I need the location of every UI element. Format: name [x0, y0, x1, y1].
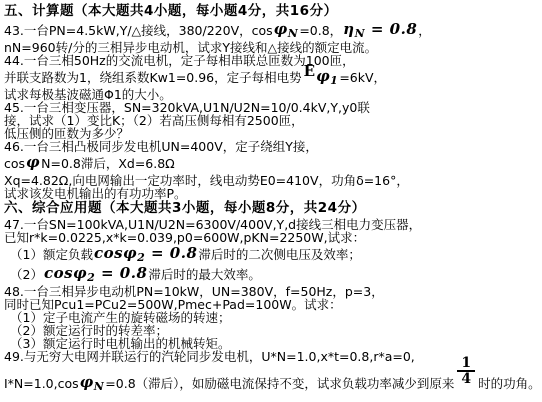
text-segment: 49.与无穷大电网并联运行的汽轮同步发电机，U*N=1.0,x*t=0.8,r*…	[4, 349, 415, 364]
fraction-one-quarter: 14	[457, 357, 475, 385]
text-segment: =0.8（滞后），如励磁电流保持不变，试求负载功率减少到原来	[105, 376, 454, 391]
handwritten-annotation: φ	[25, 153, 41, 171]
text-segment: =0.8，	[299, 23, 342, 38]
line-46-4: 试求该发电机输出的有功功率P。	[4, 187, 540, 200]
handwritten-annotation: φN	[79, 373, 106, 391]
line-47-3: （1）额定负载cosφ2 = 0.8滞后时的二次侧电压及效率；	[4, 245, 540, 264]
handwritten-annotation: φ1	[315, 67, 339, 85]
handwritten-symbol: φ	[26, 153, 40, 171]
section-5-title: 五、计算题（本大题共4小题，每小题4分，共16分）	[4, 3, 540, 19]
text-segment: cos	[4, 156, 25, 171]
handwritten-value: = 0.8	[95, 264, 147, 282]
text-segment: 已知r*k=0.0225,x*k=0.039,p0=600W,pKN=2250W…	[4, 230, 365, 245]
line-47-2: 已知r*k=0.0225,x*k=0.039,p0=600W,pKN=2250W…	[4, 231, 540, 244]
handwritten-symbol: φ	[80, 373, 94, 391]
text-segment: 时的功角。	[478, 376, 541, 391]
handwritten-symbol: φ	[274, 20, 288, 38]
exam-document-page: 五、计算题（本大题共4小题，每小题4分，共16分）43.一台PN=4.5kW,Y…	[0, 0, 542, 402]
handwritten-subscript: N	[94, 380, 105, 393]
text-segment: 46.一台三相凸极同步发电机UN=400V，定子绕组Y接，	[4, 139, 318, 154]
line-44-2: 并联支路数为1，绕组系数Kw1=0.96，定子每相电势Eφ1=6kV，	[4, 68, 540, 87]
line-47-4: （2）cosφ2 = 0.8滞后时的最大效率。	[4, 265, 540, 284]
text-segment: 六、综合应用题（本大题共3小题，每小题8分，共24分）	[4, 200, 366, 216]
text-segment: 五、计算题（本大题共4小题，每小题4分，共16分）	[4, 3, 338, 19]
text-segment: （1）额定负载	[10, 247, 93, 262]
handwritten-symbol: η	[343, 20, 354, 38]
line-44-1: 44.一台三相50Hz的交流电机，定子每相串联总匝数为100匝，	[4, 54, 540, 67]
text-segment: 43.一台PN=4.5kW,Y/△接线，380/220V，cos	[4, 23, 273, 38]
line-43-1: 43.一台PN=4.5kW,Y/△接线，380/220V，cosφN=0.8，η…	[4, 21, 540, 40]
section-6-title: 六、综合应用题（本大题共3小题，每小题8分，共24分）	[4, 200, 540, 216]
handwritten-symbol: cosφ	[44, 264, 87, 282]
handwritten-value: = 0.8	[365, 20, 417, 38]
handwritten-value: = 0.8	[145, 244, 197, 262]
handwritten-annotation: φN	[273, 20, 300, 38]
text-segment: 滞后时的最大效率。	[148, 267, 261, 282]
line-46-2: cosφN=0.8滞后，Xd=6.8Ω	[4, 154, 540, 173]
line-49-2: I*N=1.0,cosφN=0.8（滞后），如励磁电流保持不变，试求负载功率减少…	[4, 364, 540, 393]
text-segment: 试求该发电机输出的有功功率P。	[4, 186, 187, 201]
handwritten-symbol: cosφ	[94, 244, 137, 262]
text-segment: N=0.8滞后，Xd=6.8Ω	[41, 156, 175, 171]
handwritten-annotation: cosφ2 = 0.8	[93, 244, 198, 262]
document-body: 五、计算题（本大题共4小题，每小题4分，共16分）43.一台PN=4.5kW,Y…	[4, 3, 540, 393]
superscript-symbol: E	[302, 62, 315, 80]
text-segment: 并联支路数为1，绕组系数Kw1=0.96，定子每相电势	[4, 70, 302, 85]
handwritten-annotation: ηN = 0.8	[342, 20, 418, 38]
line-46-1: 46.一台三相凸极同步发电机UN=400V，定子绕组Y接，	[4, 140, 540, 153]
handwritten-symbol: φ	[316, 67, 330, 85]
text-segment: I*N=1.0,cos	[4, 376, 79, 391]
text-segment: ，	[418, 23, 431, 38]
handwritten-subscript: N	[288, 27, 299, 40]
handwritten-subscript: 1	[330, 74, 338, 87]
text-segment: 滞后时的二次侧电压及效率；	[198, 247, 361, 262]
handwritten-annotation: cosφ2 = 0.8	[43, 264, 148, 282]
fraction-denominator: 4	[457, 372, 475, 385]
handwritten-subscript: N	[355, 27, 366, 40]
text-segment: （2）	[10, 267, 43, 282]
text-segment: =6kV，	[339, 70, 386, 85]
fraction-numerator: 1	[457, 357, 475, 372]
